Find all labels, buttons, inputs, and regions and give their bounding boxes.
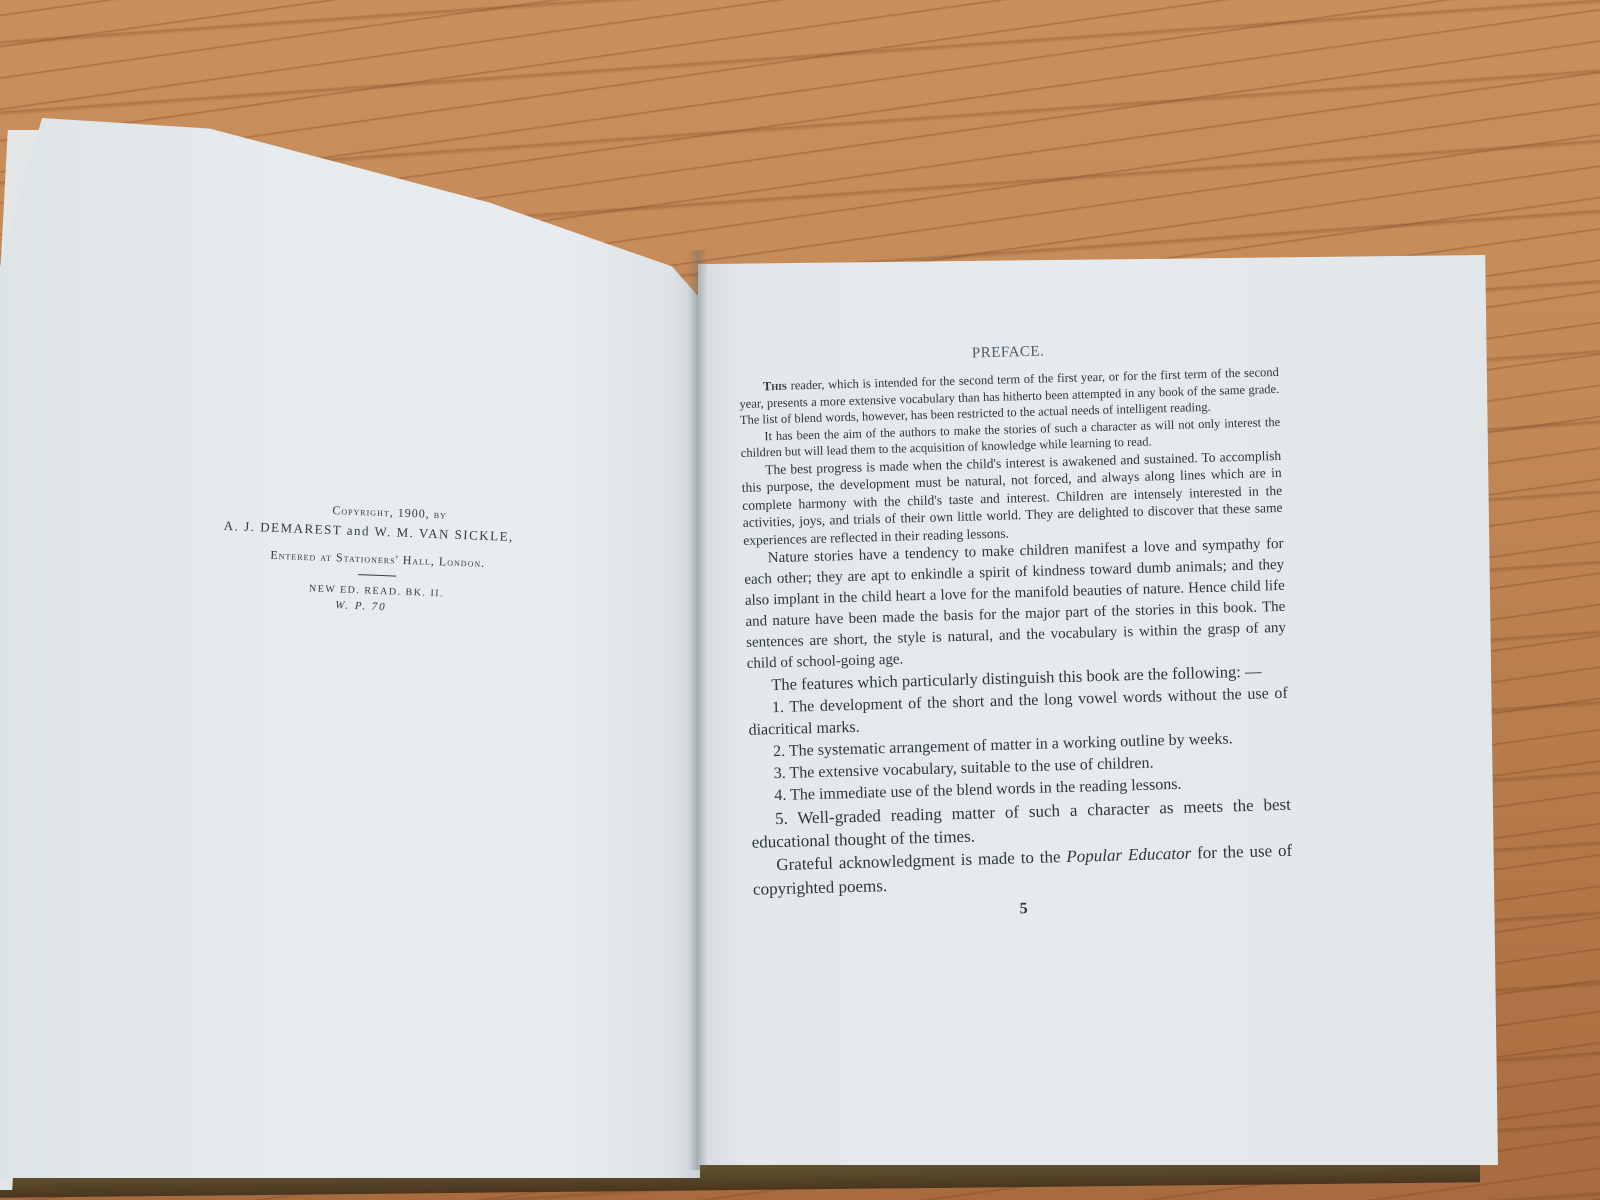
lead-word: This (763, 379, 787, 394)
divider-rule (358, 574, 396, 576)
preface: PREFACE. This reader, which is intended … (738, 337, 1294, 925)
copyright-notice: Copyright, 1900, by A. J. DEMAREST and W… (196, 498, 540, 619)
left-page (0, 118, 700, 1178)
preface-paragraph: Nature stories have a tendency to make c… (744, 534, 1287, 675)
registration-line: Entered at Stationers' Hall, London. (218, 546, 538, 573)
book-gutter (688, 250, 708, 1170)
preface-paragraph: The best progress is made when the child… (741, 446, 1283, 549)
publication-title: Popular Educator (1066, 843, 1191, 865)
